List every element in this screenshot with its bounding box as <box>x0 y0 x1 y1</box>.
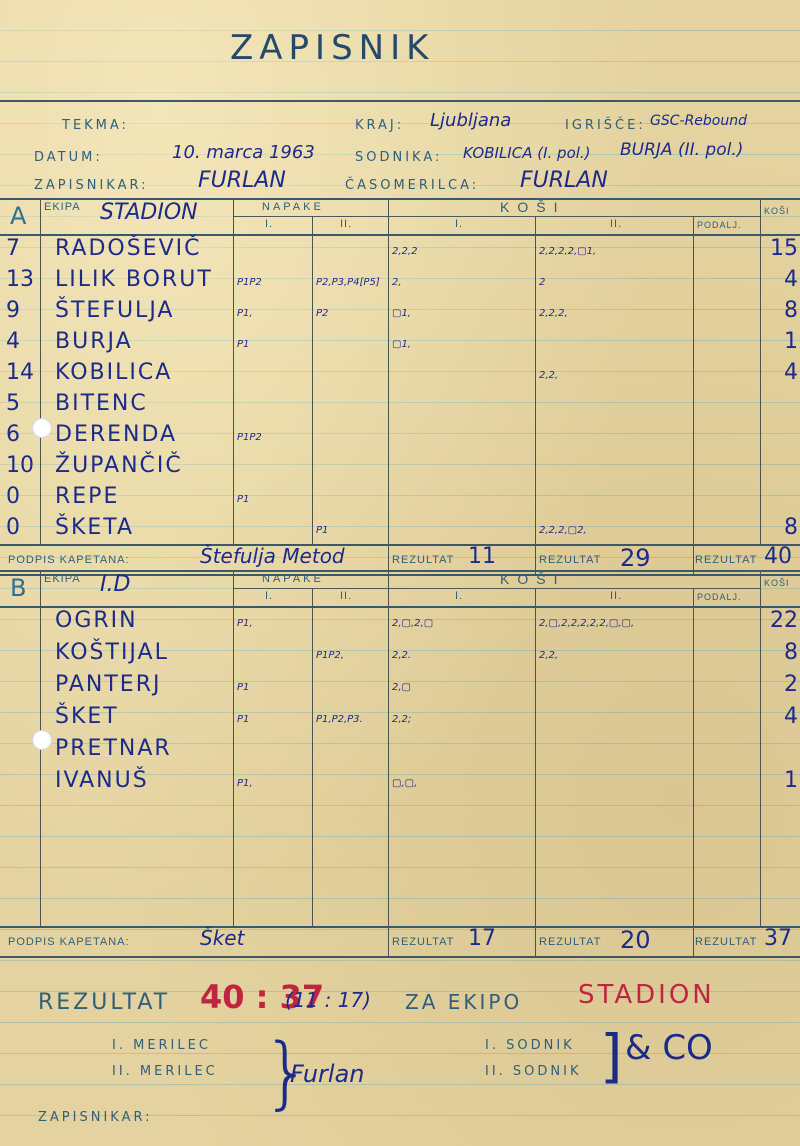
team_b-rows-bottom-rule <box>0 926 800 928</box>
team_a-kosi-2-header: II. <box>610 218 622 230</box>
zapisnikar-label: ZAPISNIKAR: <box>34 178 149 193</box>
fouls-second-half: P2 <box>316 308 328 319</box>
points-second-half: 2 <box>539 277 545 288</box>
igrisce-value: GSC-Rebound <box>650 113 747 129</box>
team_a-kosi-1-header: I. <box>455 218 463 230</box>
fouls-first-half: P1, <box>237 778 253 789</box>
points-first-half: ▢,▢, <box>392 778 417 789</box>
team_a-ekipa-label: EKIPA <box>44 201 81 213</box>
punch-hole <box>32 418 52 438</box>
player-total-points: 8 <box>762 640 798 665</box>
team_a-letter: A <box>10 202 29 230</box>
casomerilca-label: ČASOMERILCA: <box>345 178 479 193</box>
merilec-2-label: II. MERILEC <box>112 1064 218 1079</box>
player-total-points: 4 <box>762 360 798 385</box>
points-second-half: 2,2,2, <box>539 308 568 319</box>
team_a-result-label-2: REZULTAT <box>539 554 601 566</box>
points-first-half: ▢1, <box>392 339 411 350</box>
player-name: DERENDA <box>55 422 177 447</box>
player-row: 0ŠKETAP12,2,2,▢2,8 <box>0 513 800 544</box>
player-name: BURJA <box>55 329 133 354</box>
team_b-team-name: I.D <box>100 572 130 597</box>
team_b-kosi-total-header: KOŠI <box>764 578 790 588</box>
fouls-first-half: P1 <box>237 494 249 505</box>
team_b-captain-label: PODPIS KAPETANA: <box>8 936 130 948</box>
team_b-letter: B <box>10 574 29 602</box>
fouls-second-half: P1,P2,P3. <box>316 714 363 725</box>
player-row: 10ŽUPANČIČ <box>0 451 800 482</box>
team_a-result-second-half: 29 <box>620 544 651 572</box>
player-name: ŠKETA <box>55 515 134 540</box>
player-row: 14KOBILICA2,2,4 <box>0 358 800 389</box>
result-divider <box>535 926 536 956</box>
result-divider <box>388 926 389 956</box>
team_b-kosi-2-header: II. <box>610 590 622 602</box>
player-name: PRETNAR <box>55 736 172 761</box>
points-first-half: ▢1, <box>392 308 411 319</box>
team_b-napake-2-header: II. <box>340 590 352 602</box>
player-row <box>0 894 800 926</box>
sodnik-bracket: ] <box>600 1022 623 1090</box>
casomerilca-value: FURLAN <box>520 168 608 193</box>
tekma-label: TEKMA: <box>62 118 129 133</box>
footer-zapisnikar-label: ZAPISNIKAR: <box>38 1110 153 1125</box>
igrisce-label: IGRIŠČE: <box>565 118 646 133</box>
player-total-points: 1 <box>762 329 798 354</box>
team_a-result-first-half: 11 <box>468 544 496 569</box>
team_b-result-second-half: 20 <box>620 926 651 954</box>
za-ekipo-label: ZA EKIPO <box>405 990 522 1014</box>
merilec-signature: Furlan <box>290 1060 365 1088</box>
fouls-first-half: P1P2 <box>237 277 262 288</box>
team_a-napake-2-header: II. <box>340 218 352 230</box>
player-total-points: 4 <box>762 267 798 292</box>
kraj-label: KRAJ: <box>355 118 404 133</box>
player-name: OGRIN <box>55 608 138 633</box>
player-name: IVANUŠ <box>55 768 149 793</box>
player-total-points: 22 <box>762 608 798 633</box>
player-total-points: 8 <box>762 298 798 323</box>
player-row <box>0 798 800 830</box>
team_b-result-label-2: REZULTAT <box>539 936 601 948</box>
points-first-half: 2,2,2 <box>392 246 417 257</box>
team_b-result-label-total: REZULTAT <box>695 936 757 948</box>
fouls-second-half: P1 <box>316 525 328 536</box>
team_b-result-first-half: 17 <box>468 926 496 951</box>
team_b-bottom-rule <box>0 956 800 958</box>
fouls-first-half: P1 <box>237 714 249 725</box>
team_a-result-total: 40 <box>764 544 792 569</box>
datum-value: 10. marca 1963 <box>172 142 315 163</box>
player-name: KOBILICA <box>55 360 172 385</box>
sodnik-signature: & CO <box>625 1028 713 1068</box>
team_a-rows-bottom-rule <box>0 544 800 546</box>
player-name: KOŠTIJAL <box>55 640 169 665</box>
player-row: 6DERENDAP1P2 <box>0 420 800 451</box>
team_b-napake-1-header: I. <box>265 590 273 602</box>
player-name: PANTERJ <box>55 672 161 697</box>
points-second-half: 2,2,2,▢2, <box>539 525 587 536</box>
player-name: RADOŠEVIČ <box>55 236 201 261</box>
sodnik-1-label: I. SODNIK <box>485 1038 575 1053</box>
player-number: 9 <box>6 298 20 323</box>
team_b-napake-header: NAPAKE <box>262 573 324 585</box>
team_a-team-name: STADION <box>100 200 198 225</box>
team_a-result-label-1: REZULTAT <box>392 554 454 566</box>
team_b-kosi-1-header: I. <box>455 590 463 602</box>
player-total-points: 2 <box>762 672 798 697</box>
player-total-points: 4 <box>762 704 798 729</box>
player-number: 4 <box>6 329 20 354</box>
fouls-first-half: P1P2 <box>237 432 262 443</box>
points-second-half: 2,2, <box>539 650 558 661</box>
zapisnikar-value: FURLAN <box>198 168 286 193</box>
team_a-result-label-total: REZULTAT <box>695 554 757 566</box>
player-row: OGRINP1,2,▢,2,▢2,▢,2,2,2,2,2,▢,▢,22 <box>0 606 800 638</box>
sodnika-label: SODNIKA: <box>355 150 442 165</box>
player-row: 0REPEP1 <box>0 482 800 513</box>
fouls-second-half: P1P2, <box>316 650 344 661</box>
points-first-half: 2,2; <box>392 714 411 725</box>
player-row: 4BURJAP1▢1,1 <box>0 327 800 358</box>
points-first-half: 2,▢,2,▢ <box>392 618 433 629</box>
team_b-kosi-header: KOŠI <box>500 571 565 587</box>
team_a-kosi-header: KOŠI <box>500 199 565 215</box>
player-number: 10 <box>6 453 34 478</box>
datum-label: DATUM: <box>34 150 103 165</box>
player-row: PANTERJP12,▢2 <box>0 670 800 702</box>
winner-team: STADION <box>578 980 715 1010</box>
points-second-half: 2,▢,2,2,2,2,2,▢,▢, <box>539 618 634 629</box>
player-name: BITENC <box>55 391 148 416</box>
player-row: 5BITENC <box>0 389 800 420</box>
points-second-half: 2,2,2,2,▢1, <box>539 246 596 257</box>
player-number: 6 <box>6 422 20 447</box>
team_b-result-label-1: REZULTAT <box>392 936 454 948</box>
player-number: 14 <box>6 360 34 385</box>
player-name: LILIK BORUT <box>55 267 213 292</box>
player-row: 13LILIK BORUTP1P2P2,P3,P4[P5]2,24 <box>0 265 800 296</box>
player-number: 7 <box>6 236 20 261</box>
title-rule <box>0 100 800 102</box>
player-total-points: 8 <box>762 515 798 540</box>
fouls-first-half: P1 <box>237 682 249 693</box>
points-second-half: 2,2, <box>539 370 558 381</box>
team_a-napake-header: NAPAKE <box>262 201 324 213</box>
team_a-kosi-total-header: KOŠI <box>764 206 790 216</box>
player-number: 5 <box>6 391 20 416</box>
team_b-captain-signature: Šket <box>200 926 244 950</box>
team_b-result-total: 37 <box>764 926 792 951</box>
points-first-half: 2,2. <box>392 650 411 661</box>
player-number: 0 <box>6 515 20 540</box>
player-row: 9ŠTEFULJAP1,P2▢1,2,2,2,8 <box>0 296 800 327</box>
footer-result-label: REZULTAT <box>38 990 170 1015</box>
team_b-podalj-header: PODALJ. <box>697 592 742 602</box>
player-number: 0 <box>6 484 20 509</box>
team_a-captain-signature: Štefulja Metod <box>200 544 345 568</box>
fouls-first-half: P1, <box>237 308 253 319</box>
sodnik-2-label: II. SODNIK <box>485 1064 582 1079</box>
sodnika-value-2: BURJA (II. pol.) <box>620 140 743 160</box>
result-divider <box>693 926 694 956</box>
player-name: ŽUPANČIČ <box>55 453 183 478</box>
merilec-1-label: I. MERILEC <box>112 1038 211 1053</box>
player-row: ŠKETP1P1,P2,P3.2,2;4 <box>0 702 800 734</box>
kraj-value: Ljubljana <box>430 110 511 131</box>
player-total-points: 15 <box>762 236 798 261</box>
points-first-half: 2, <box>392 277 402 288</box>
team_a-podalj-header: PODALJ. <box>697 220 742 230</box>
punch-hole <box>32 730 52 750</box>
points-first-half: 2,▢ <box>392 682 411 693</box>
player-row <box>0 830 800 862</box>
player-row: 7RADOŠEVIČ2,2,22,2,2,2,▢1,15 <box>0 234 800 265</box>
player-name: ŠKET <box>55 704 119 729</box>
sodnika-value-1: KOBILICA (I. pol.) <box>463 144 591 162</box>
player-row <box>0 862 800 894</box>
fouls-first-half: P1 <box>237 339 249 350</box>
player-total-points: 1 <box>762 768 798 793</box>
fouls-second-half: P2,P3,P4[P5] <box>316 277 380 288</box>
player-name: ŠTEFULJA <box>55 298 174 323</box>
fouls-first-half: P1, <box>237 618 253 629</box>
player-row: IVANUŠP1,▢,▢,1 <box>0 766 800 798</box>
team_a-captain-label: PODPIS KAPETANA: <box>8 554 130 566</box>
player-number: 13 <box>6 267 34 292</box>
halftime-score: (11 : 17) <box>285 988 371 1012</box>
team_b-ekipa-label: EKIPA <box>44 573 81 585</box>
page-title: ZAPISNIK <box>230 28 434 68</box>
player-row: KOŠTIJALP1P2,2,2.2,2,8 <box>0 638 800 670</box>
player-name: REPE <box>55 484 119 509</box>
team_a-napake-1-header: I. <box>265 218 273 230</box>
player-row: PRETNAR <box>0 734 800 766</box>
